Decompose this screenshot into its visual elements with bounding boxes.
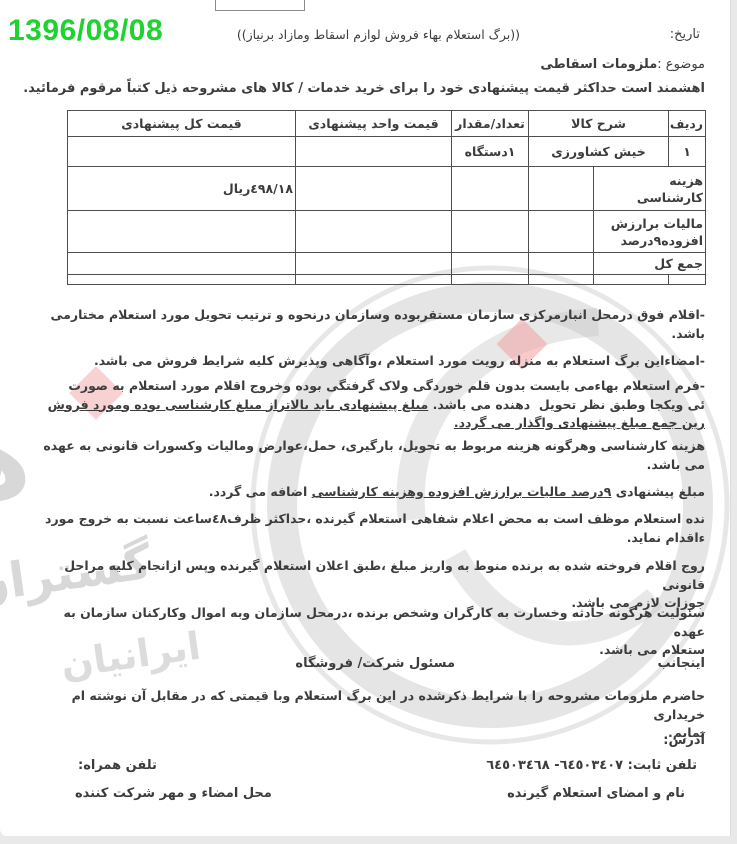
header-qty: تعداد/مقدار: [452, 111, 529, 137]
subject-line: موضوع :ملزومات اسقاطی: [540, 57, 705, 72]
item-row-no: ١: [669, 137, 706, 167]
sum-unit-cell: [296, 253, 452, 275]
fee-total-value: ٤٩٨/١٨ریال: [68, 167, 296, 211]
sum-qty-cell: [452, 253, 529, 275]
term-5-end: اضافه می گردد.: [209, 484, 312, 499]
term-paragraph-4: هزینه کارشناسی وهرگونه هزینه مربوط به تح…: [36, 437, 705, 474]
fee-unit-cell: [296, 167, 452, 211]
term-paragraph-2: -امضاءاین برگ استعلام به منزله رویت مورد…: [36, 352, 705, 371]
document-date: 1396/08/08: [8, 14, 163, 48]
declaration-paragraph: حاضرم ملزومات مشروحه را با شرایط ذکرشده …: [36, 687, 705, 743]
fee-row: هزینه کارشناسی ٤٩٨/١٨ریال: [68, 167, 706, 211]
price-inquiry-table: ردیف شرح کالا تعداد/مقدار قیمت واحد پیشن…: [67, 110, 706, 285]
participant-stamp-label: محل امضاء و مهر شرکت کننده: [75, 786, 272, 801]
item-qty: ١دستگاه: [452, 137, 529, 167]
fee-label: هزینه کارشناسی: [594, 167, 706, 211]
sum-label: جمع کل: [594, 253, 706, 275]
undersigned-label: اینجانب: [657, 656, 705, 671]
empty-row: [68, 275, 706, 285]
top-stamp-box: [215, 0, 305, 11]
tax-unit-cell: [296, 211, 452, 253]
fee-qty-cell: [452, 167, 529, 211]
table-header-row: ردیف شرح کالا تعداد/مقدار قیمت واحد پیشن…: [68, 111, 706, 137]
tax-qty-cell: [452, 211, 529, 253]
term-paragraph-8: سئولیت هرگونه حادثه وخسارت به کارگران وش…: [36, 604, 705, 660]
tax-label: مالیات برارزش افزوده٩درصد: [594, 211, 706, 253]
landline-phone: تلفن ثابت: ٦٤٥٠٣٤٠٧- ٦٤٥٠٣٤٦٨: [486, 758, 697, 773]
term-paragraph-3: -فرم استعلام بهاءمی بایست بدون قلم خوردگ…: [36, 377, 705, 433]
header-unit-price: قیمت واحد پیشنهادی: [296, 111, 452, 137]
sum-row: جمع کل: [68, 253, 706, 275]
mobile-phone-label: تلفن همراه:: [78, 758, 157, 773]
sum-spacer-cell: [529, 253, 594, 275]
term-paragraph-1: -اقلام فوق درمحل انبارمرکزی سازمان مستقر…: [36, 306, 705, 343]
header-item-desc: شرح کالا: [529, 111, 669, 137]
header-total-price: قیمت کل پیشنهادی: [68, 111, 296, 137]
item-total-price-cell: [68, 137, 296, 167]
date-label: تاریخ:: [670, 27, 700, 42]
inquiry-receiver-sign-label: نام و امضای استعلام گیرنده: [507, 786, 685, 801]
item-unit-price-cell: [296, 137, 452, 167]
tax-spacer-cell: [529, 211, 594, 253]
address-label: آدرس:: [663, 733, 705, 748]
fee-spacer-cell: [529, 167, 594, 211]
header-row-no: ردیف: [669, 111, 706, 137]
tax-row: مالیات برارزش افزوده٩درصد: [68, 211, 706, 253]
term-paragraph-5: مبلغ پیشنهادی ٩درصد مالیات برارزش افزوده…: [36, 483, 705, 502]
subject-label: موضوع :: [657, 57, 705, 72]
term-paragraph-6: نده استعلام موظف است به محض اعلام شفاهی …: [36, 510, 705, 547]
company-role-label: مسئول شرکت/ فروشگاه: [295, 656, 455, 671]
term-5-underlined: ٩درصد مالیات برارزش افزوده وهزینه کارشنا…: [312, 484, 612, 499]
form-title: ((برگ استعلام بهاء فروش لوازم اسقاط وماز…: [237, 27, 520, 42]
request-line: اهشمند است حداکثر قیمت پیشنهادی خود را ب…: [23, 81, 705, 96]
table-row: ١ خیش کشاورزی ١دستگاه: [68, 137, 706, 167]
sum-total-cell: [68, 253, 296, 275]
item-desc: خیش کشاورزی: [529, 137, 669, 167]
term-5-start: مبلغ پیشنهادی: [611, 484, 705, 499]
tax-total-cell: [68, 211, 296, 253]
subject-value: ملزومات اسقاطی: [540, 57, 657, 72]
